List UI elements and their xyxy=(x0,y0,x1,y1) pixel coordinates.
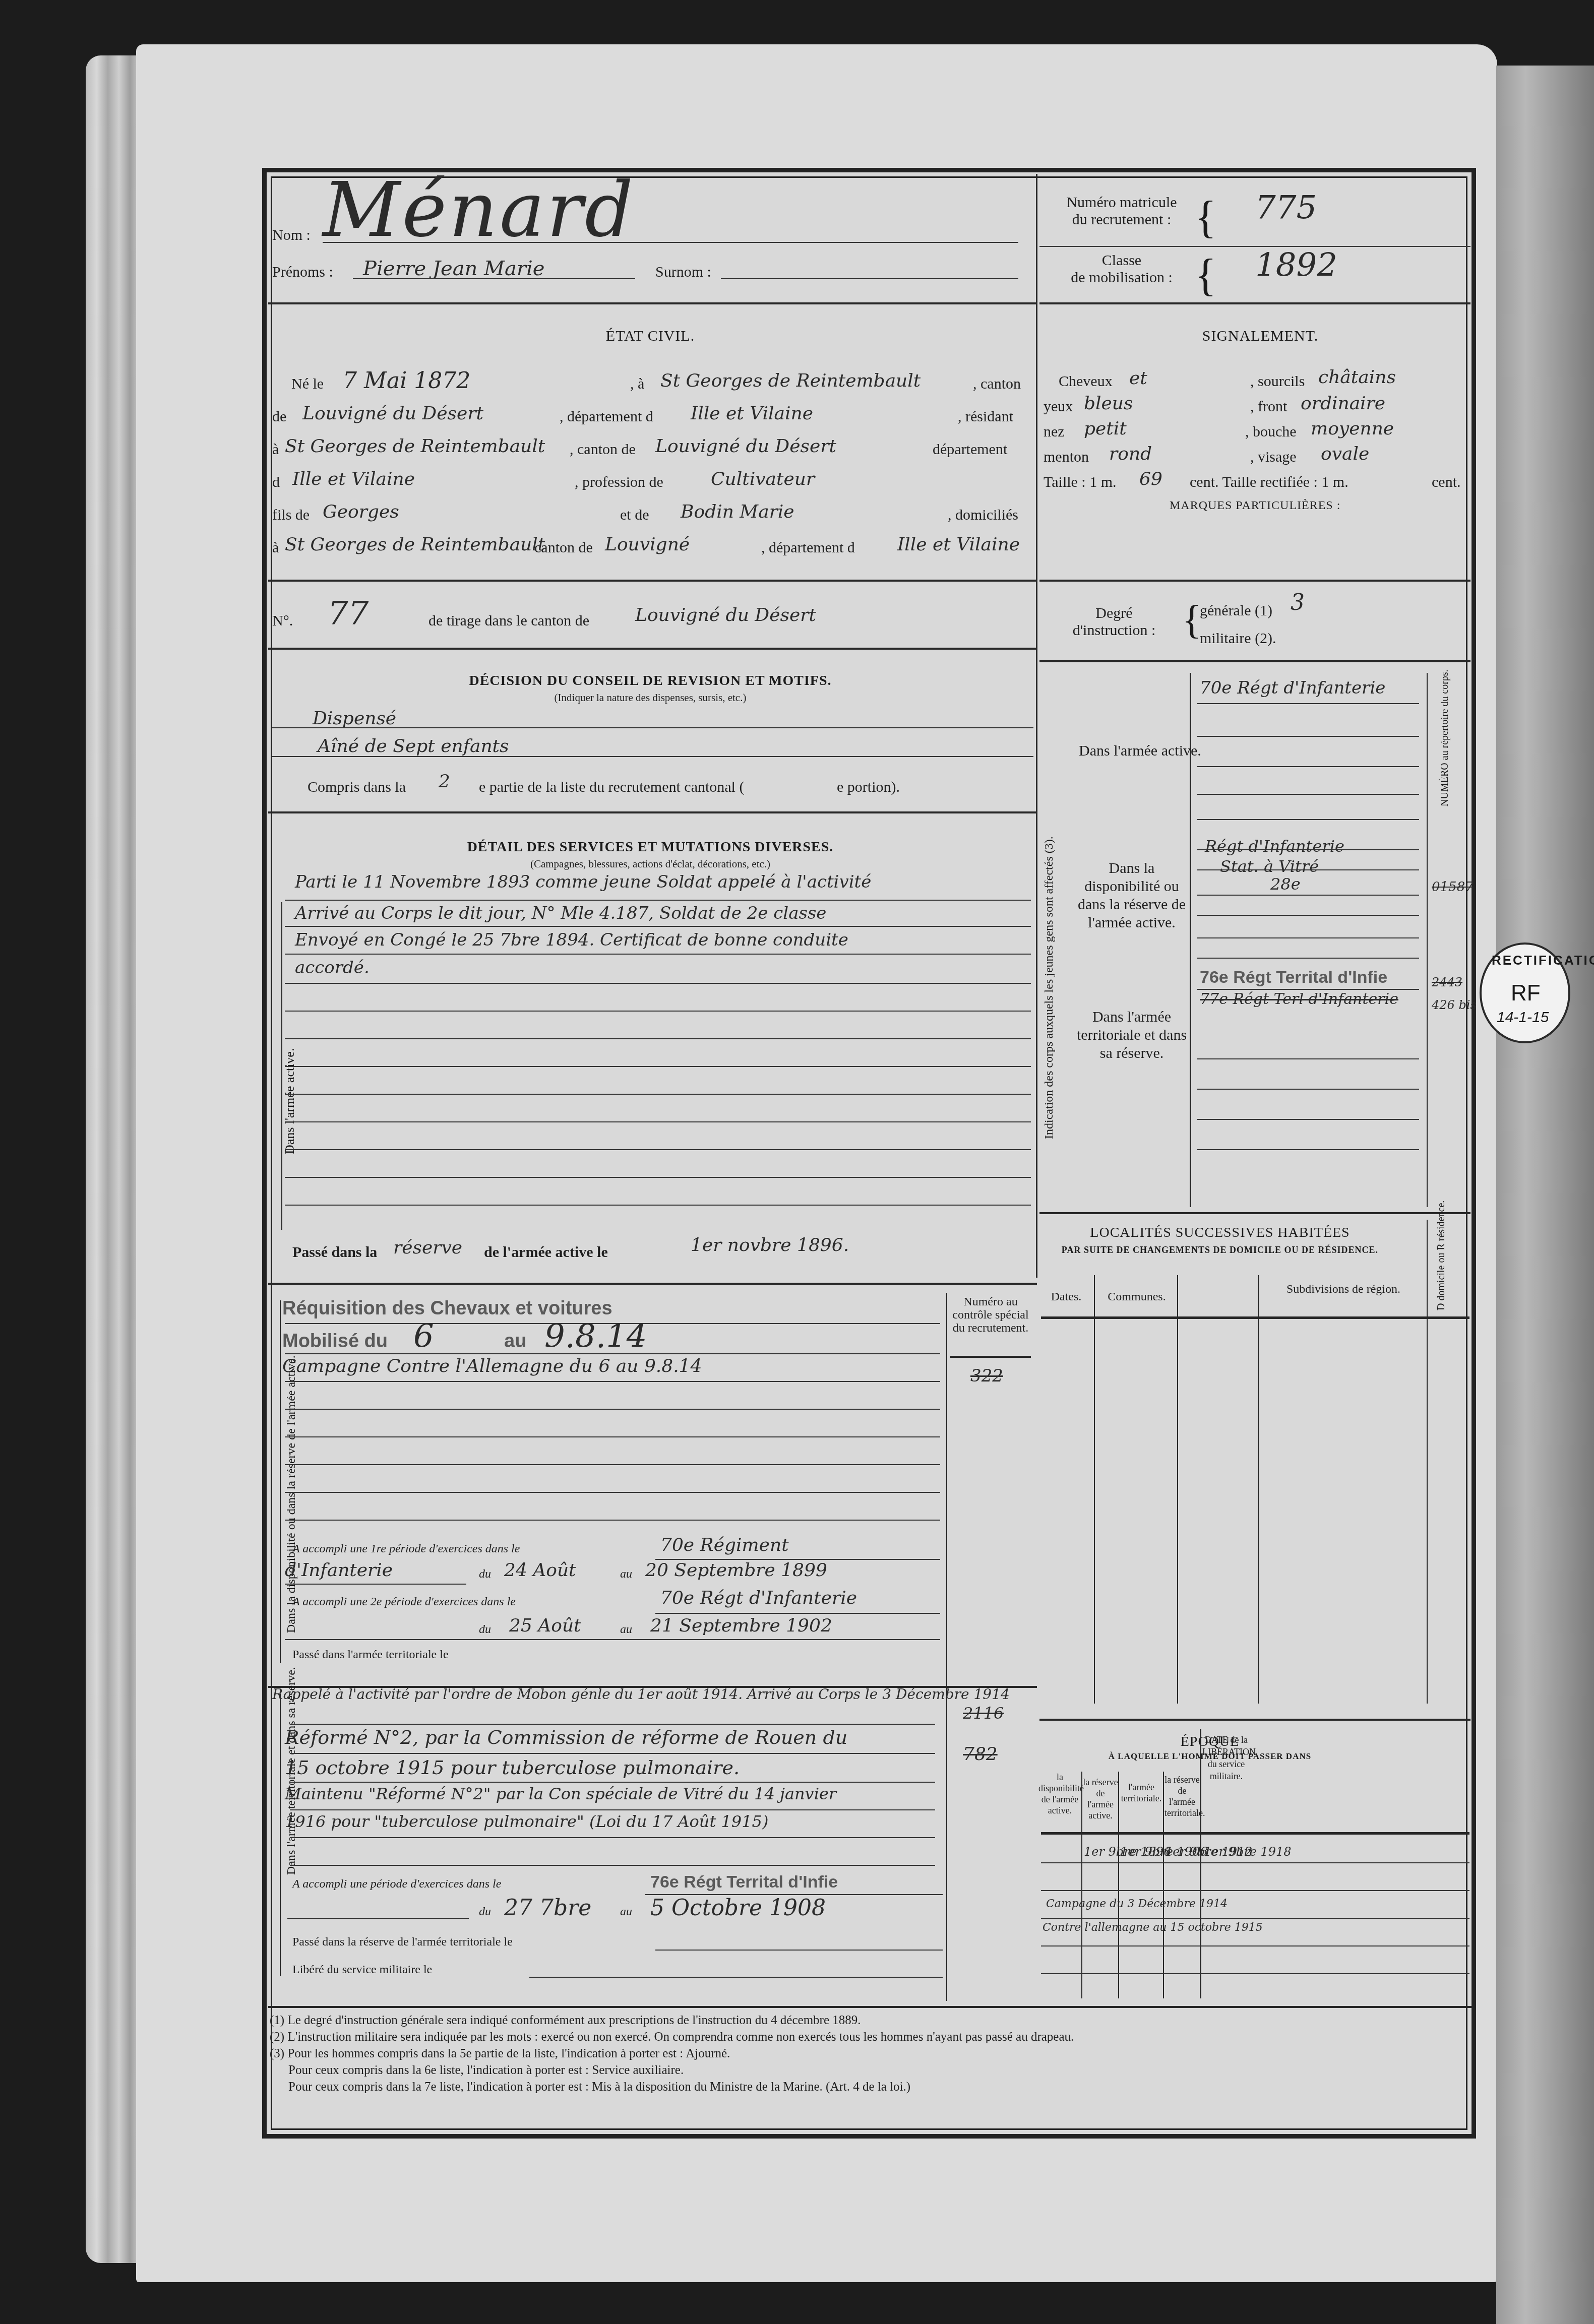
numero-matricule-label: Numéro matriculedu recrutement : xyxy=(1049,194,1195,228)
canton-residence: Louvigné du Désert xyxy=(655,436,836,457)
rectification-stamp: RECTIFICATION RF 14-1-15 xyxy=(1480,943,1570,1043)
services-line-3: Envoyé en Congé le 25 7bre 1894. Certifi… xyxy=(295,930,848,950)
localites-title: LOCALITÉS SUCCESSIVES HABITÉES xyxy=(1049,1225,1391,1241)
periode1-au: 20 Septembre 1899 xyxy=(645,1560,827,1581)
lieu-naissance: St Georges de Reintembault xyxy=(660,370,921,391)
disponibilite-line-1: Régt d'Infanterie xyxy=(1205,837,1344,856)
numero-matricule-value: 775 xyxy=(1255,189,1317,226)
numero-controle-header: Numéro au contrôle spécial du recrutemen… xyxy=(948,1295,1033,1335)
bouche: moyenne xyxy=(1311,418,1394,439)
menton: rond xyxy=(1109,444,1152,464)
canton-tirage: Louvigné du Désert xyxy=(635,605,816,625)
territoriale-line-2: Réformé N°2, par la Commission de réform… xyxy=(285,1726,847,1748)
epoque-campagne-2: Contre l'allemagne au 15 octobre 1915 xyxy=(1043,1921,1263,1934)
departement-naissance: Ille et Vilaine xyxy=(691,403,813,424)
periode2-du: 25 Août xyxy=(509,1615,581,1636)
yeux: bleus xyxy=(1084,393,1133,414)
territoriale-stamp: 76e Régt Territal d'Infie xyxy=(1200,968,1387,987)
localites-col-subdivisions: Subdivisions de région. xyxy=(1260,1283,1427,1296)
instruction-generale: 3 xyxy=(1291,590,1305,615)
epoque-campagne-1: Campagne du 3 Décembre 1914 xyxy=(1046,1898,1228,1910)
requisition-stamp: Réquisition des Chevaux et voitures xyxy=(282,1298,612,1320)
pere: Georges xyxy=(323,501,399,522)
numero-tirage: 77 xyxy=(328,595,369,632)
territoriale-periode-unite: 76e Régt Territal d'Infie xyxy=(650,1872,838,1892)
nez: petit xyxy=(1084,418,1127,439)
localites-col-domicile: D domicile ou R résidence. xyxy=(1436,1201,1447,1310)
epoque-col-reserve-active: la réserve de l'armée active. xyxy=(1083,1777,1118,1821)
periode2-unite: 70e Régt d'Infanterie xyxy=(660,1588,857,1608)
localites-subtitle: PAR SUITE DE CHANGEMENTS DE DOMICILE OU … xyxy=(1049,1245,1391,1255)
armee-active-regiment: 70e Régt d'Infanterie xyxy=(1200,678,1385,698)
disponibilite-numero: 01587 xyxy=(1432,880,1474,895)
liberation-date: 1er 9bre 1918 xyxy=(1204,1845,1292,1859)
services-title: DÉTAIL DES SERVICES ET MUTATIONS DIVERSE… xyxy=(373,839,928,855)
periode1-unite: 70e Régiment xyxy=(660,1535,789,1555)
footnote-3: (3) Pour les hommes compris dans la 5e p… xyxy=(270,2047,730,2061)
mere: Bodin Marie xyxy=(681,501,794,522)
nom-label: Nom : xyxy=(272,227,311,244)
numero-repertoire-header: NUMÉRO au répertoire du corps. xyxy=(1439,669,1451,806)
footnote-3b: Pour ceux compris dans la 6e liste, l'in… xyxy=(288,2063,684,2078)
classe-value: 1892 xyxy=(1255,247,1337,284)
domicile-parents: St Georges de Reintembault xyxy=(285,534,545,555)
marques-label: MARQUES PARTICULIÈRES : xyxy=(1170,499,1340,513)
territoriale-label: Dans l'armée territoriale et dans sa rés… xyxy=(1074,1008,1190,1062)
prenoms-value: Pierre Jean Marie xyxy=(363,257,544,280)
book-page-edges xyxy=(86,55,141,2263)
periode2-au: 21 Septembre 1902 xyxy=(650,1615,832,1636)
canton-naissance: Louvigné du Désert xyxy=(302,403,483,424)
periode1-du: 24 Août xyxy=(504,1560,576,1581)
territoriale-numero-1: 2443 xyxy=(1432,975,1462,989)
epoque-col-disponibilite: la disponibilité de l'armée active. xyxy=(1038,1772,1081,1816)
liberation-header: DATE de la LIBÉRATION du service militai… xyxy=(1202,1734,1250,1782)
reserve-side-label: Dans la disponibilité ou dans la réserve… xyxy=(285,1355,298,1633)
departement-residence: Ille et Vilaine xyxy=(292,469,415,489)
passe-reserve-date: 1er novbre 1896. xyxy=(691,1235,849,1255)
territoriale-periode-au: 5 Octobre 1908 xyxy=(650,1895,826,1921)
epoque-col-territoriale: l'armée territoriale. xyxy=(1120,1782,1163,1804)
services-side-label: Dans l'armée active. xyxy=(282,1048,297,1154)
visage: ovale xyxy=(1321,444,1369,464)
disponibilite-label: Dans la disponibilité ou dans la réserve… xyxy=(1074,859,1190,932)
surnom-label: Surnom : xyxy=(655,264,711,281)
decision-line-2: Aîné de Sept enfants xyxy=(318,736,509,757)
passe-reserve-type: réserve xyxy=(393,1237,462,1258)
mobilise-au: 9.8.14 xyxy=(544,1318,647,1355)
services-line-4: accordé. xyxy=(295,958,370,978)
signalement-title: SIGNALEMENT. xyxy=(1139,328,1381,345)
degre-instruction-label: Degréd'instruction : xyxy=(1054,605,1175,639)
partie-liste: 2 xyxy=(439,771,450,792)
date-naissance: 7 Mai 1872 xyxy=(343,368,470,394)
etat-civil-title: ÉTAT CIVIL. xyxy=(524,328,776,345)
localites-col-dates: Dates. xyxy=(1038,1290,1094,1304)
sourcils: châtains xyxy=(1318,367,1396,388)
profession: Cultivateur xyxy=(711,469,815,489)
campagne-line: Campagne Contre l'Allemagne du 6 au 9.8.… xyxy=(282,1356,702,1376)
armee-active-label: Dans l'armée active. xyxy=(1079,741,1190,761)
localites-col-communes: Communes. xyxy=(1096,1290,1177,1304)
footnote-1: (1) Le degré d'instruction générale sera… xyxy=(270,2014,861,2028)
affectations-side-label: Indication des corps auxquels les jeunes… xyxy=(1043,836,1056,1139)
classe-label: Classede mobilisation : xyxy=(1049,252,1195,286)
services-line-2: Arrivé au Corps le dit jour, N° Mle 4.18… xyxy=(295,903,826,923)
territoriale-line-2: 77e Régt Terl d'Infanterie xyxy=(1200,990,1398,1008)
territoriale-numero-2: 426 bis xyxy=(1432,998,1477,1012)
decision-line-1: Dispensé xyxy=(313,708,396,729)
residence: St Georges de Reintembault xyxy=(285,436,545,457)
territoriale-line-4: Maintenu "Réformé N°2" par la Con spécia… xyxy=(285,1784,836,1803)
footnote-3c: Pour ceux compris dans la 7e liste, l'in… xyxy=(288,2080,910,2094)
front: ordinaire xyxy=(1301,393,1385,414)
mobilise-du: 6 xyxy=(413,1318,434,1355)
nom-value: Ménard xyxy=(323,166,635,254)
territoriale-numero-a: 2116 xyxy=(963,1704,1004,1723)
periode1-unite-2: d'Infanterie xyxy=(285,1560,393,1581)
canton-parents: Louvigné xyxy=(605,534,690,555)
territoriale-numero-b: 782 xyxy=(963,1744,998,1765)
epoque-col-reserve-territoriale: la réserve de l'armée territoriale. xyxy=(1164,1774,1200,1818)
departement-parents: Ille et Vilaine xyxy=(897,534,1020,555)
disponibilite-line-3: 28e xyxy=(1270,874,1301,894)
territoriale-line-3: 15 octobre 1915 pour tuberculose pulmona… xyxy=(285,1756,740,1779)
footnote-2: (2) L'instruction militaire sera indiqué… xyxy=(270,2030,1074,2044)
prenoms-label: Prénoms : xyxy=(272,264,333,281)
numero-controle-value: 322 xyxy=(970,1366,1003,1386)
disponibilite-line-2: Stat. à Vitré xyxy=(1220,857,1319,876)
column-divider xyxy=(1036,174,1037,1278)
services-line-1: Parti le 11 Novembre 1893 comme jeune So… xyxy=(295,872,871,892)
territoriale-line-5: 1916 pour "tuberculose pulmonaire" (Loi … xyxy=(285,1812,768,1831)
territoriale-periode-du: 27 7bre xyxy=(504,1895,591,1921)
territoriale-line-1: Rappelé à l'activité par l'ordre de Mobo… xyxy=(272,1686,1010,1703)
decision-title: DÉCISION DU CONSEIL DE REVISION ET MOTIF… xyxy=(373,673,928,689)
taille: 69 xyxy=(1139,469,1162,489)
book-spine xyxy=(1496,66,1594,2324)
cheveux: et xyxy=(1129,368,1147,389)
